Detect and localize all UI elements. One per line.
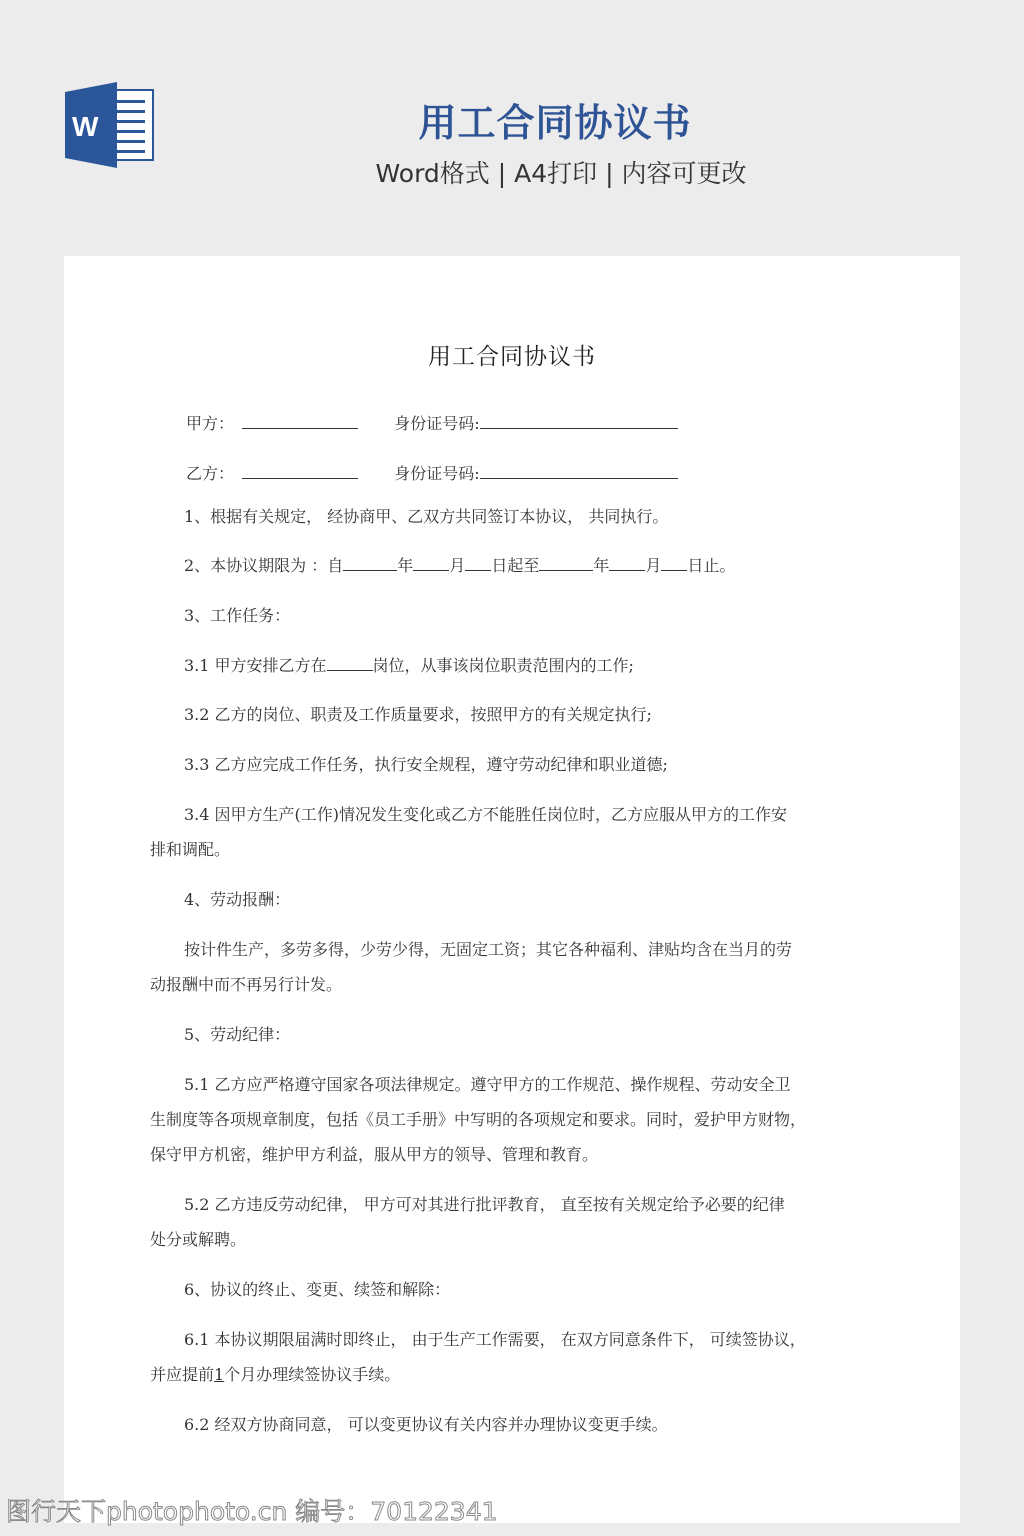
start-year-field[interactable] — [343, 554, 397, 571]
clause-3-4-line2: 排和调配。 — [150, 832, 874, 867]
clause-3-1-suffix: 岗位，从事该岗位职责范围内的工作; — [373, 656, 634, 675]
clause-5-1-line2: 生制度等各项规章制度，包括《员工手册》中写明的各项规定和要求。同时，爱护甲方财物… — [150, 1102, 874, 1137]
clause-3-1-prefix: 3.1 甲方安排乙方在 — [184, 656, 327, 675]
clause-3-2-text: 3.2 乙方的岗位、职责及工作质量要求，按照甲方的有关规定执行; — [184, 705, 652, 724]
party-b-field[interactable] — [242, 461, 358, 479]
clause-3-4-line1: 3.4 因甲方生产(工作)情况发生变化或乙方不能胜任岗位时，乙方应服从甲方的工作… — [184, 805, 787, 824]
clause-5-title-text: 5、劳动纪律： — [184, 1025, 290, 1044]
clause-5-2-line2: 处分或解聘。 — [150, 1222, 874, 1257]
document-page: 用工合同协议书 甲方： 身份证号码: 乙方： 身份证号码: 1、根据有关规定， … — [64, 256, 960, 1523]
watermark: 图行天下photophoto.cn 编号：70122341 — [6, 1492, 498, 1528]
clause-5-title: 5、劳动纪律： — [150, 1017, 874, 1052]
clause-4-title-text: 4、劳动报酬： — [184, 890, 290, 909]
clause-5-2-line1: 5.2 乙方违反劳动纪律， 甲方可对其进行批评教育， 直至按有关规定给予必要的纪… — [184, 1195, 785, 1214]
clause-4-line1: 按计件生产，多劳多得，少劳少得，无固定工资；其它各种福利、津贴均含在当月的劳 — [184, 940, 792, 959]
clause-4-body: 按计件生产，多劳多得，少劳少得，无固定工资；其它各种福利、津贴均含在当月的劳 动… — [150, 932, 874, 1002]
clause-6-title-text: 6、协议的终止、变更、续签和解除： — [184, 1280, 450, 1299]
clause-5-1: 5.1 乙方应严格遵守国家各项法律规定。遵守甲方的工作规范、操作规程、劳动安全卫… — [150, 1067, 874, 1172]
clause-3-1: 3.1 甲方安排乙方在岗位，从事该岗位职责范围内的工作; — [150, 648, 874, 683]
clause-1-text: 1、根据有关规定， 经协商甲、乙双方共同签订本协议， 共同执行。 — [184, 507, 668, 526]
clause-1: 1、根据有关规定， 经协商甲、乙双方共同签订本协议， 共同执行。 — [150, 499, 874, 534]
start-day-field[interactable] — [465, 554, 491, 571]
position-field[interactable] — [327, 654, 373, 671]
day-from-label: 日起至 — [491, 556, 539, 575]
party-a-row: 甲方： 身份证号码: — [186, 411, 678, 435]
clause-5-2: 5.2 乙方违反劳动纪律， 甲方可对其进行批评教育， 直至按有关规定给予必要的纪… — [150, 1187, 874, 1257]
clause-2: 2、本协议期限为 ：自年月日起至年月日止。 — [150, 548, 874, 583]
party-b-id-label: 身份证号码: — [394, 464, 479, 483]
clause-5-1-line3: 保守甲方机密，维护甲方利益，服从甲方的领导、管理和教育。 — [150, 1137, 874, 1172]
party-a-id-field[interactable] — [480, 411, 678, 429]
year-label: 年 — [397, 556, 413, 575]
clause-3-4: 3.4 因甲方生产(工作)情况发生变化或乙方不能胜任岗位时，乙方应服从甲方的工作… — [150, 797, 874, 867]
clause-3-title-text: 3、工作任务： — [184, 606, 290, 625]
party-a-id-label: 身份证号码: — [394, 414, 479, 433]
end-day-field[interactable] — [661, 554, 687, 571]
end-month-field[interactable] — [609, 554, 645, 571]
clause-2-prefix: 2、本协议期限为 ：自 — [184, 556, 343, 575]
clause-6-1: 6.1 本协议期限届满时即终止， 由于生产工作需要， 在双方同意条件下， 可续签… — [150, 1322, 874, 1392]
clause-6-1-line1: 6.1 本协议期限届满时即终止， 由于生产工作需要， 在双方同意条件下， 可续签… — [184, 1330, 806, 1349]
clause-6-2: 6.2 经双方协商同意， 可以变更协议有关内容并办理协议变更手续。 — [150, 1407, 874, 1442]
header-subtitle: Word格式 | A4打印 | 内容可更改 — [0, 154, 1024, 190]
clause-6-title: 6、协议的终止、变更、续签和解除： — [150, 1272, 874, 1307]
party-a-label: 甲方： — [186, 414, 234, 433]
year-label: 年 — [593, 556, 609, 575]
clause-3-title: 3、工作任务： — [150, 598, 874, 633]
clause-4-title: 4、劳动报酬： — [150, 882, 874, 917]
start-month-field[interactable] — [413, 554, 449, 571]
document-title: 用工合同协议书 — [150, 338, 874, 371]
party-b-row: 乙方： 身份证号码: — [186, 461, 678, 485]
header-title: 用工合同协议书 — [0, 92, 1024, 147]
notice-months-value[interactable]: 1 — [214, 1365, 224, 1384]
clause-4-line2: 动报酬中而不再另行计发。 — [150, 967, 874, 1002]
party-b-label: 乙方： — [186, 464, 234, 483]
clause-3-3-text: 3.3 乙方应完成工作任务，执行安全规程，遵守劳动纪律和职业道德; — [184, 755, 668, 774]
clause-6-1-line2-suffix: 个月办理续签协议手续。 — [224, 1365, 400, 1384]
party-a-field[interactable] — [242, 411, 358, 429]
clause-6-2-text: 6.2 经双方协商同意， 可以变更协议有关内容并办理协议变更手续。 — [184, 1415, 668, 1434]
end-year-field[interactable] — [539, 554, 593, 571]
month-label: 月 — [449, 556, 465, 575]
clause-3-2: 3.2 乙方的岗位、职责及工作质量要求，按照甲方的有关规定执行; — [150, 697, 874, 732]
month-label: 月 — [645, 556, 661, 575]
clause-5-1-line1: 5.1 乙方应严格遵守国家各项法律规定。遵守甲方的工作规范、操作规程、劳动安全卫 — [184, 1075, 791, 1094]
party-b-id-field[interactable] — [480, 461, 678, 479]
clause-6-1-line2-prefix: 并应提前 — [150, 1365, 214, 1384]
day-to-label: 日止。 — [687, 556, 735, 575]
clause-3-3: 3.3 乙方应完成工作任务，执行安全规程，遵守劳动纪律和职业道德; — [150, 747, 874, 782]
